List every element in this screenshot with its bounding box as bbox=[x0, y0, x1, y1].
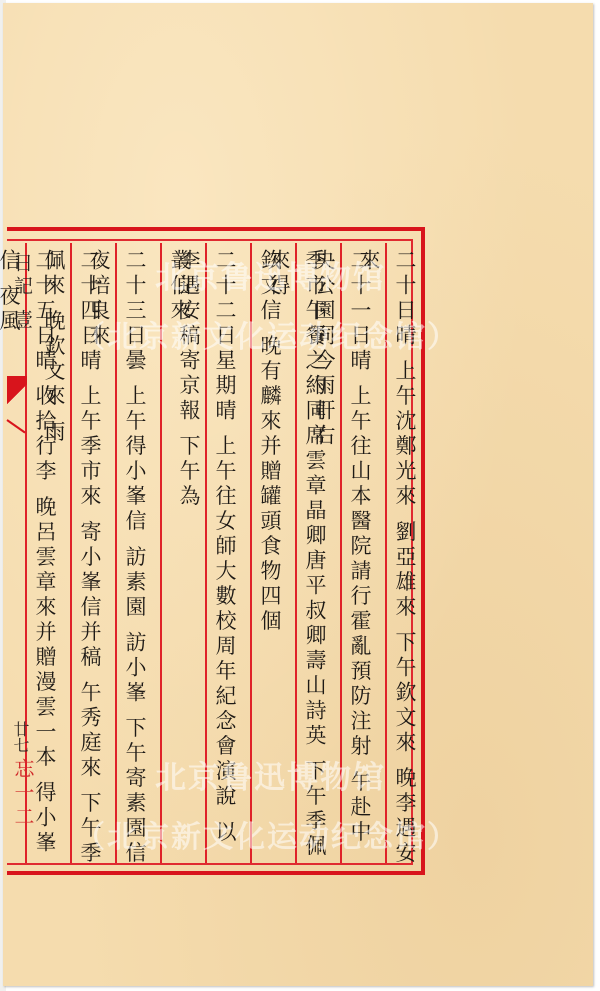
inner-rule-top bbox=[7, 239, 413, 241]
fishtail-rule bbox=[6, 419, 25, 433]
margin-title: 日記 壹 bbox=[9, 253, 36, 332]
diary-entry-column: 二十二日星期晴 上午往女師大數校周年紀念會演說 以李遇安稿寄京報 下午為 bbox=[207, 245, 243, 869]
fishtail-mark bbox=[7, 376, 27, 412]
diary-entry-column: 二十四日晴 上午季市來 寄小峯信并稿 午秀庭來 下午季佩來 晚欽文來 雨 bbox=[72, 245, 108, 869]
margin-red-mark: 忘一二 bbox=[9, 758, 38, 830]
diary-entry-column: 欽文信 晚有麟來并贈罐頭食物四個 bbox=[252, 245, 288, 869]
diary-entry-column: 二十日晴 上午沈鄭光來 劉亞雄來 下午欽文來 晚李遇安來 bbox=[387, 245, 423, 869]
diary-entry-column: 二十一日晴 上午往山本醫院請行霍亂預防注射 午赴中央公園同今雨軒右 bbox=[342, 245, 378, 869]
manuscript-page: 二十日晴 上午沈鄭光來 劉亞雄來 下午欽文來 晚李遇安來 二十一日晴 上午往山本… bbox=[3, 3, 593, 986]
margin-page-number: 廿七 bbox=[9, 721, 32, 753]
diary-entry-column: 季市午餐之約同席雲章晶卿唐平叔卿壽山詩英 下午季佩來得 bbox=[297, 245, 333, 869]
diary-entry-column: 叢伯來 bbox=[162, 245, 198, 869]
red-ruled-frame: 二十日晴 上午沈鄭光來 劉亞雄來 下午欽文來 晚李遇安來 二十一日晴 上午往山本… bbox=[7, 227, 425, 875]
diary-entry-column: 二十三日曇 上午得小峯信 訪素園 訪小峯 下午寄素園信 夜培良來 bbox=[117, 245, 153, 869]
